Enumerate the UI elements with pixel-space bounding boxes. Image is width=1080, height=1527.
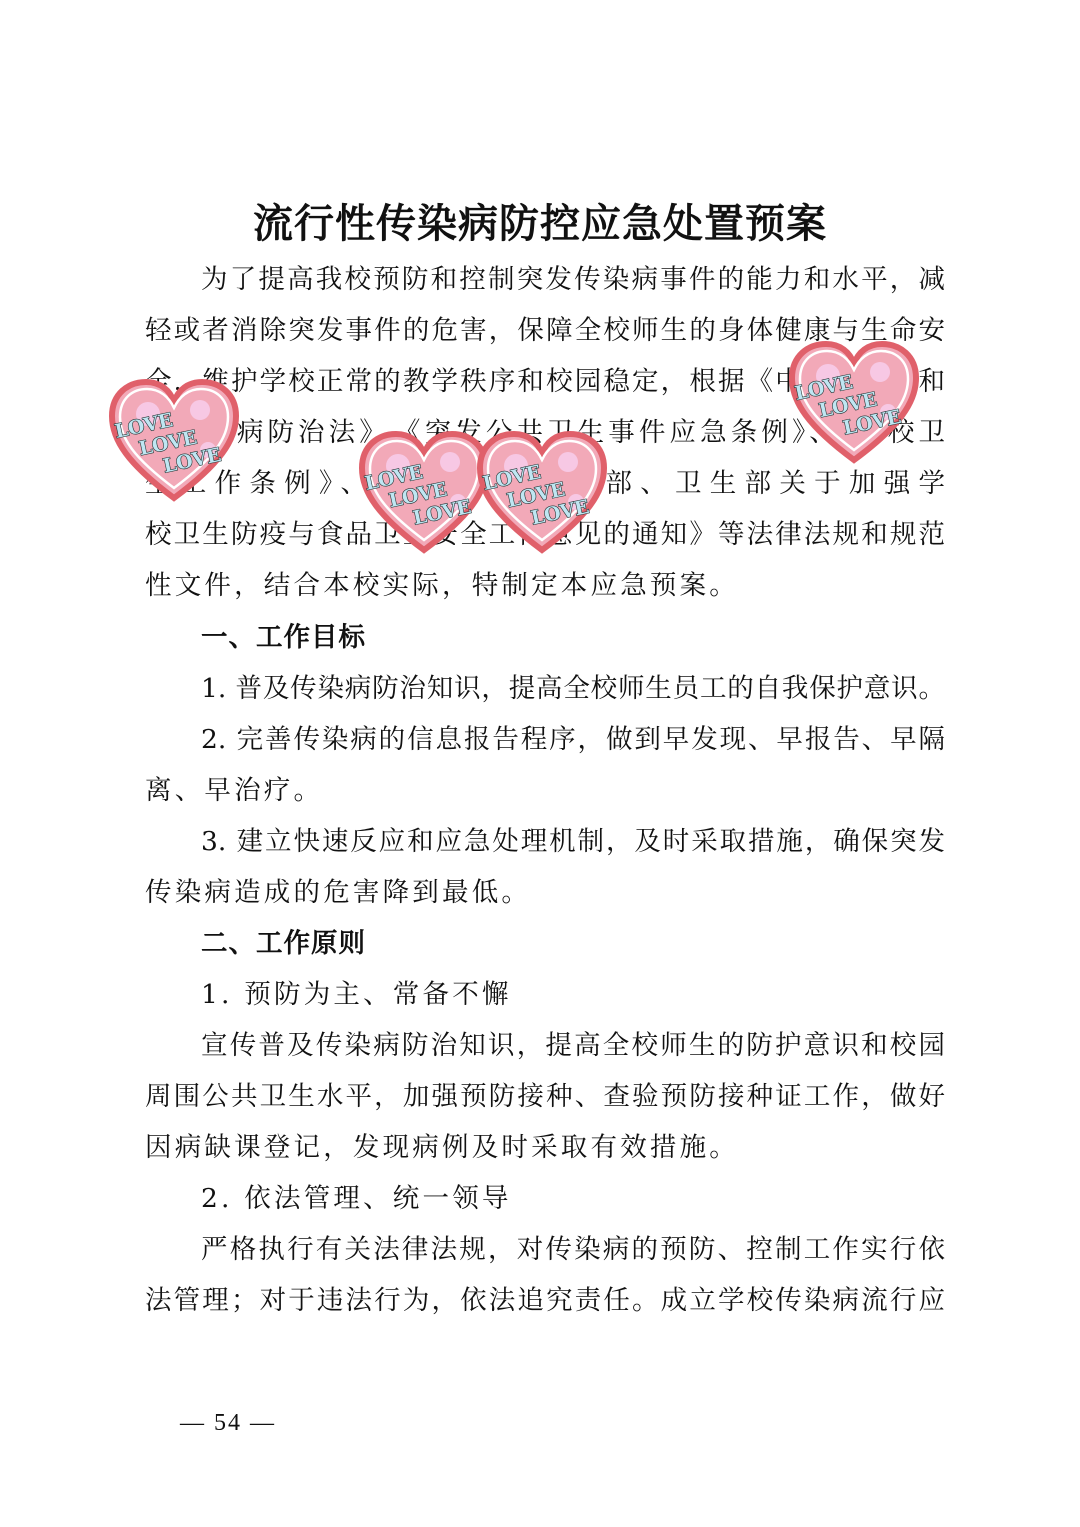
paragraph-line: 宣传普及传染病防治知识，提高全校师生的防护意识和校园 (201, 1028, 945, 1064)
paragraph-line: 为了提高我校预防和控制突发传染病事件的能力和水平，减 (201, 262, 945, 298)
heart-sticker-icon: LOVE LOVE LOVE (358, 432, 490, 554)
paragraph-line: 严格执行有关法律法规，对传染病的预防、控制工作实行依 (201, 1232, 945, 1268)
section-heading-principles: 二、工作原则 (201, 926, 366, 962)
list-item-continuation: 离、早治疗。 (145, 773, 945, 809)
document-page: 流行性传染病防控应急处置预案 为了提高我校预防和控制突发传染病事件的能力和水平，… (0, 0, 1080, 1527)
heart-sticker-icon: LOVE LOVE LOVE (108, 380, 240, 502)
list-item: 3. 建立快速反应和应急处理机制，及时采取措施，确保突发 (201, 824, 945, 860)
section-heading-goals: 一、工作目标 (201, 620, 366, 656)
page-number: — 54 — (180, 1408, 276, 1438)
paragraph-line: 性文件，结合本校实际，特制定本应急预案。 (145, 568, 945, 604)
list-item: 2. 完善传染病的信息报告程序，做到早发现、早报告、早隔 (201, 722, 945, 758)
paragraph-line: 周围公共卫生水平，加强预防接种、查验预防接种证工作，做好 (145, 1079, 945, 1115)
subsection-title: 1. 预防为主、常备不懈 (201, 977, 945, 1013)
paragraph-line: 因病缺课登记，发现病例及时采取有效措施。 (145, 1130, 945, 1166)
list-item: 1. 普及传染病防治知识，提高全校师生员工的自我保护意识。 (201, 671, 945, 707)
heart-sticker-icon: LOVE LOVE LOVE (788, 342, 920, 464)
subsection-title: 2. 依法管理、统一领导 (201, 1181, 945, 1217)
list-item-continuation: 传染病造成的危害降到最低。 (145, 875, 945, 911)
document-title: 流行性传染病防控应急处置预案 (0, 196, 1080, 252)
heart-sticker-icon: LOVE LOVE LOVE (476, 432, 608, 554)
paragraph-line: 法管理；对于违法行为，依法追究责任。成立学校传染病流行应 (145, 1283, 945, 1319)
